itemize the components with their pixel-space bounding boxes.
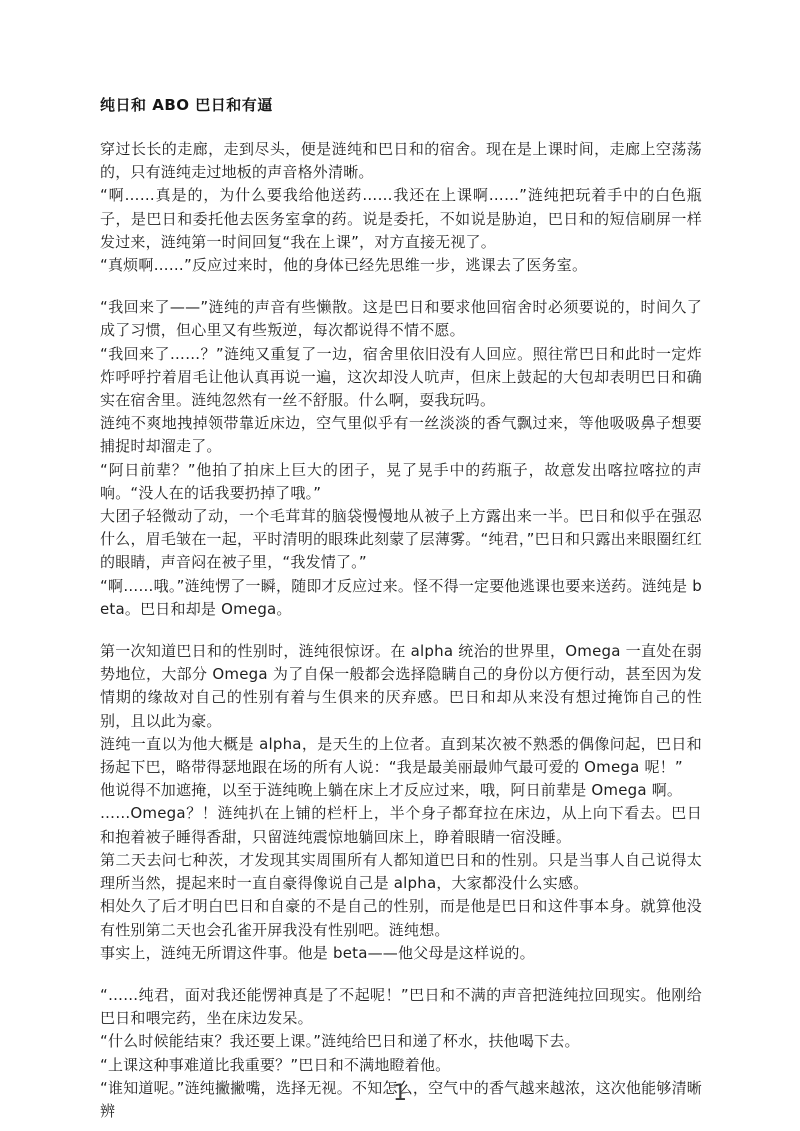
paragraph: 第二天去问七种茨，才发现其实周围所有人都知道巴日和的性别。只是当事人自己说得太理… [100,849,702,895]
paragraph: “上课这种事难道比我重要？”巴日和不满地瞪着他。 [100,1054,702,1077]
section-dorm: “我回来了——”涟纯的声音有些懒散。这是巴日和要求他回宿舍时必须要说的，时间久了… [100,296,702,621]
page-number: 1 [0,1080,800,1108]
paragraph: 第一次知道巴日和的性别时，涟纯很惊讶。在 alpha 统治的世界里，Omega … [100,640,702,733]
paragraph: “啊……哦。”涟纯愣了一瞬，随即才反应过来。怪不得一定要他逃课也要来送药。涟纯是… [100,575,702,621]
paragraph: 涟纯不爽地拽掉领带靠近床边，空气里似乎有一丝淡淡的香气飘过来，等他吸吸鼻子想要捕… [100,412,702,458]
paragraph: “什么时候能结束？我还要上课。”涟纯给巴日和递了杯水，扶他喝下去。 [100,1030,702,1053]
paragraph: “……纯君，面对我还能愣神真是了不起呢！”巴日和不满的声音把涟纯拉回现实。他刚给… [100,984,702,1030]
document-title: 纯日和 ABO 巴日和有逼 [100,94,702,117]
section-intro: 穿过长长的走廊，走到尽头，便是涟纯和巴日和的宿舍。现在是上课时间，走廊上空荡荡的… [100,138,702,277]
document-page: 纯日和 ABO 巴日和有逼 穿过长长的走廊，走到尽头，便是涟纯和巴日和的宿舍。现… [100,94,702,1123]
paragraph: “我回来了——”涟纯的声音有些懒散。这是巴日和要求他回宿舍时必须要说的，时间久了… [100,296,702,342]
paragraph: ……Omega？！涟纯扒在上铺的栏杆上，半个身子都耷拉在床边，从上向下看去。巴日… [100,802,702,848]
paragraph: 穿过长长的走廊，走到尽头，便是涟纯和巴日和的宿舍。现在是上课时间，走廊上空荡荡的… [100,138,702,184]
paragraph: “真烦啊……”反应过来时，他的身体已经先思维一步，逃课去了医务室。 [100,254,702,277]
section-flashback: 第一次知道巴日和的性别时，涟纯很惊讶。在 alpha 统治的世界里，Omega … [100,640,702,965]
paragraph: “啊……真是的，为什么要我给他送药……我还在上课啊……”涟纯把玩着手中的白色瓶子… [100,184,702,254]
paragraph: 相处久了后才明白巴日和自豪的不是自己的性别，而是他是巴日和这件事本身。就算他没有… [100,895,702,941]
paragraph: 事实上，涟纯无所谓这件事。他是 beta——他父母是这样说的。 [100,942,702,965]
paragraph: 涟纯一直以为他大概是 alpha，是天生的上位者。直到某次被不熟悉的偶像问起，巴… [100,733,702,779]
paragraph: “我回来了……？”涟纯又重复了一边，宿舍里依旧没有人回应。照往常巴日和此时一定炸… [100,343,702,413]
paragraph: “阿日前辈？”他拍了拍床上巨大的团子，晃了晃手中的药瓶子，故意发出喀拉喀拉的声响… [100,459,702,505]
paragraph: 他说得不加遮掩，以至于涟纯晚上躺在床上才反应过来，哦，阿日前辈是 Omega 啊… [100,779,702,802]
paragraph: 大团子轻微动了动，一个毛茸茸的脑袋慢慢地从被子上方露出来一半。巴日和似乎在强忍什… [100,505,702,575]
